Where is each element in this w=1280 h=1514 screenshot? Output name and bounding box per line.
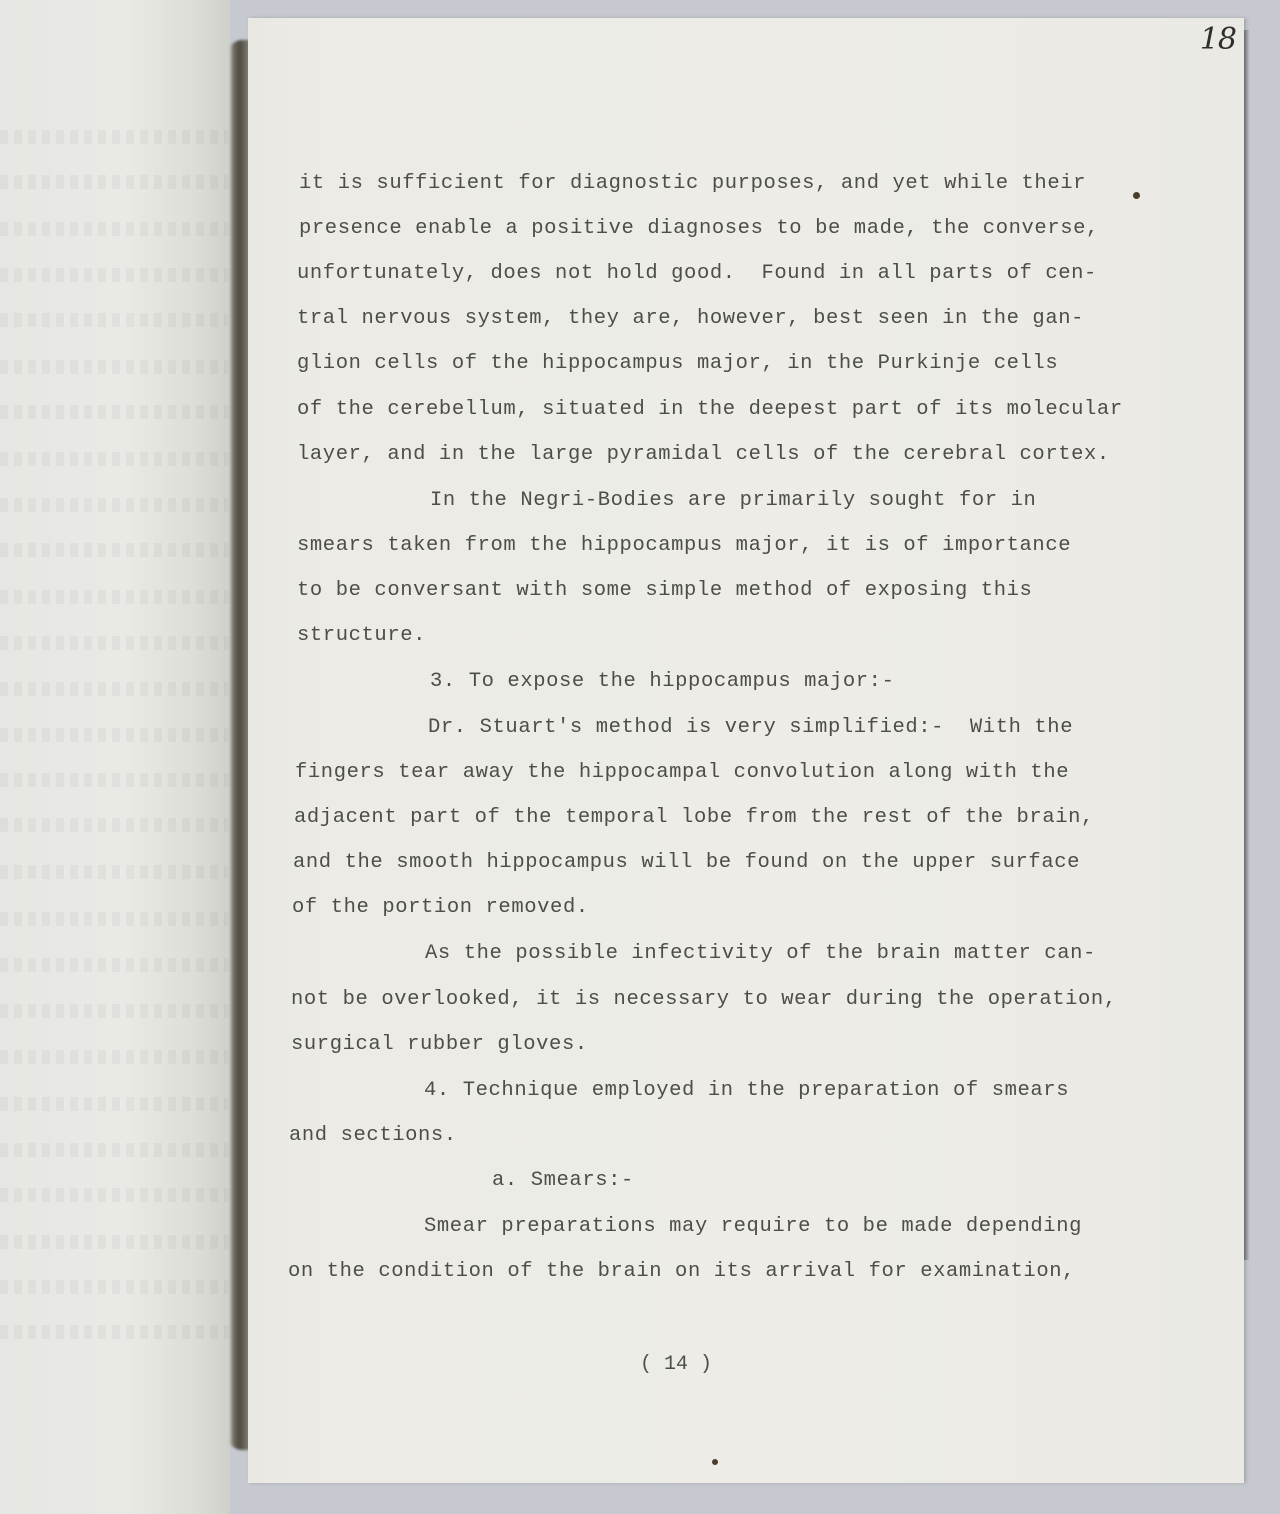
bleed-through-text — [0, 1188, 230, 1202]
text-line: presence enable a positive diagnoses to … — [299, 217, 1099, 240]
bleed-through-text — [0, 865, 230, 879]
bleed-through-text — [0, 773, 230, 787]
handwritten-folio-number: 18 — [1200, 22, 1236, 57]
typed-page: 18 it is sufficient for diagnostic purpo… — [248, 18, 1244, 1483]
bleed-through-text — [0, 1325, 230, 1339]
bleed-through-text — [0, 682, 230, 696]
text-line: tral nervous system, they are, however, … — [297, 307, 1084, 330]
text-line: adjacent part of the temporal lobe from … — [294, 806, 1094, 829]
bleed-through-text — [0, 1280, 230, 1294]
page-number: ( 14 ) — [640, 1353, 712, 1376]
bleed-through-text — [0, 1004, 230, 1018]
subsection-heading: a. Smears:- — [492, 1169, 634, 1192]
bleed-through-text — [0, 313, 230, 327]
text-line: Dr. Stuart's method is very simplified:-… — [428, 716, 1073, 739]
text-line: of the cerebellum, situated in the deepe… — [297, 398, 1123, 421]
text-line: on the condition of the brain on its arr… — [288, 1260, 1075, 1283]
bleed-through-text — [0, 452, 230, 466]
bleed-through-text — [0, 1050, 230, 1064]
text-line: smears taken from the hippocampus major,… — [297, 534, 1071, 557]
text-line: As the possible infectivity of the brain… — [425, 942, 1096, 965]
bleed-through-text — [0, 405, 230, 419]
text-line: glion cells of the hippocampus major, in… — [297, 352, 1058, 375]
bleed-through-text — [0, 1097, 230, 1111]
bleed-through-text — [0, 1143, 230, 1157]
bleed-through-text — [0, 543, 230, 557]
bleed-through-text — [0, 912, 230, 926]
bleed-through-text — [0, 130, 230, 144]
bleed-through-text — [0, 818, 230, 832]
text-line: and sections. — [289, 1124, 457, 1147]
text-line: not be overlooked, it is necessary to we… — [291, 988, 1117, 1011]
text-line: In the Negri-Bodies are primarily sought… — [430, 489, 1036, 512]
bleed-through-text — [0, 175, 230, 189]
text-line: unfortunately, does not hold good. Found… — [297, 262, 1097, 285]
facing-page-left — [0, 0, 230, 1514]
text-line: fingers tear away the hippocampal convol… — [295, 761, 1069, 784]
bleed-through-text — [0, 498, 230, 512]
bleed-through-text — [0, 268, 230, 282]
page-edge-shadow — [1244, 30, 1250, 1260]
bleed-through-text — [0, 360, 230, 374]
section-heading: 3. To expose the hippocampus major:- — [430, 670, 894, 693]
bleed-through-text — [0, 728, 230, 742]
text-line: structure. — [297, 624, 426, 647]
bleed-through-text — [0, 590, 230, 604]
bleed-through-text — [0, 222, 230, 236]
text-line: to be conversant with some simple method… — [297, 579, 1032, 602]
ink-speck — [712, 1459, 718, 1465]
text-line: surgical rubber gloves. — [291, 1033, 588, 1056]
text-line: layer, and in the large pyramidal cells … — [297, 443, 1110, 466]
text-line: and the smooth hippocampus will be found… — [293, 851, 1080, 874]
bleed-through-text — [0, 636, 230, 650]
bleed-through-text — [0, 958, 230, 972]
bleed-through-text — [0, 1235, 230, 1249]
ink-speck — [1133, 192, 1140, 199]
text-line: of the portion removed. — [292, 896, 589, 919]
text-line: it is sufficient for diagnostic purposes… — [299, 172, 1086, 195]
section-heading: 4. Technique employed in the preparation… — [424, 1079, 1069, 1102]
text-line: Smear preparations may require to be mad… — [424, 1215, 1082, 1238]
